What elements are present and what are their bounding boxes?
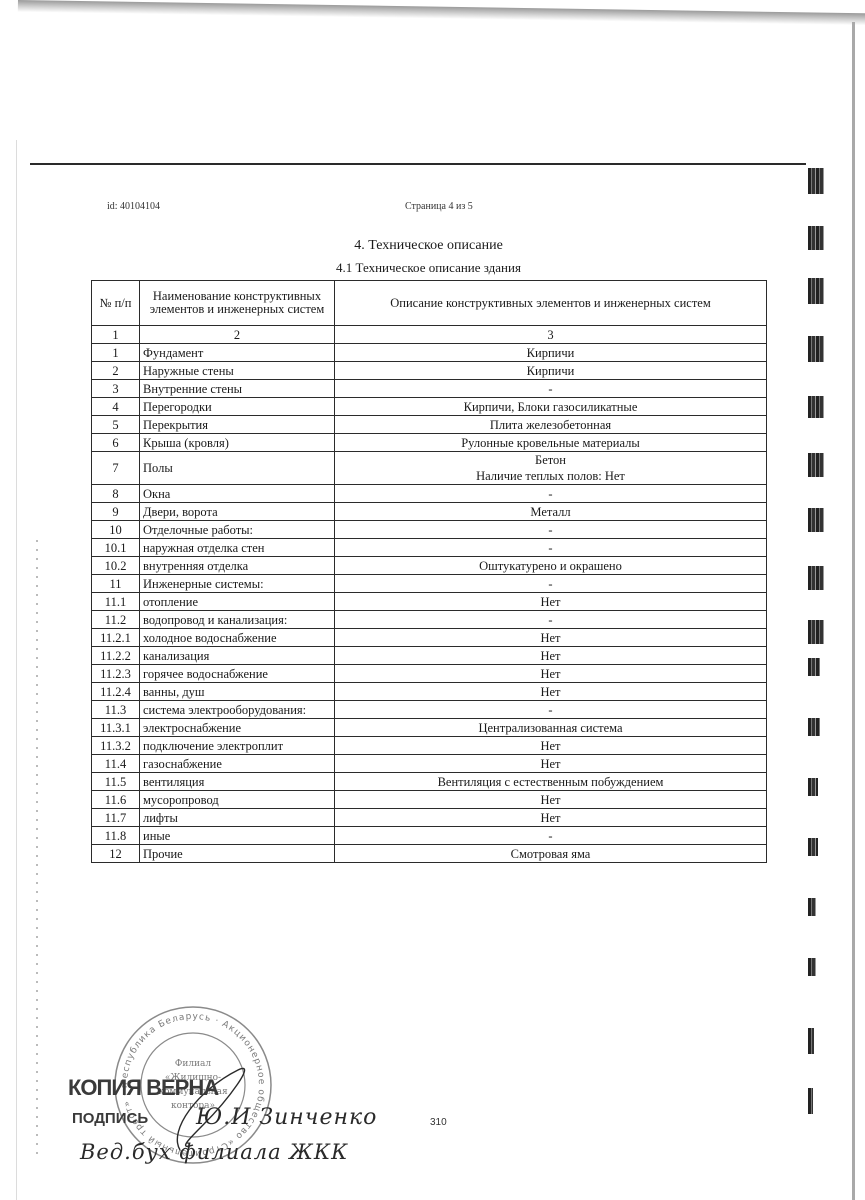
- row-name: Внутренние стены: [140, 380, 335, 398]
- row-number: 11.3.2: [92, 737, 140, 755]
- binding-mark: [808, 336, 824, 362]
- document-id: id: 40104104: [107, 201, 160, 212]
- row-number: 11.2.2: [92, 647, 140, 665]
- table-row: 9Двери, воротаМеталл: [92, 503, 767, 521]
- table-row: 11.2.1холодное водоснабжениеНет: [92, 629, 767, 647]
- row-description: Смотровая яма: [335, 845, 767, 863]
- column-number-row: 1 2 3: [92, 326, 767, 344]
- section-title: 4. Техническое описание: [0, 238, 865, 254]
- table-row: 11.3.2подключение электроплитНет: [92, 737, 767, 755]
- table-row: 8Окна-: [92, 485, 767, 503]
- row-name: водопровод и канализация:: [140, 611, 335, 629]
- table-row: 11.3система электрооборудования:-: [92, 701, 767, 719]
- row-number: 11.2.3: [92, 665, 140, 683]
- row-name: Полы: [140, 452, 335, 485]
- table-row: 10.1наружная отделка стен-: [92, 539, 767, 557]
- row-name: Перегородки: [140, 398, 335, 416]
- row-name: холодное водоснабжение: [140, 629, 335, 647]
- row-description: -: [335, 827, 767, 845]
- row-name: электроснабжение: [140, 719, 335, 737]
- row-description: -: [335, 485, 767, 503]
- row-description: Нет: [335, 647, 767, 665]
- row-number: 10: [92, 521, 140, 539]
- table-header-row: № п/п Наименование конструктивных элемен…: [92, 281, 767, 326]
- scan-right-edge: [852, 22, 855, 1200]
- row-name: Двери, ворота: [140, 503, 335, 521]
- scan-top-shadow: [18, 0, 865, 25]
- row-description: -: [335, 521, 767, 539]
- binding-mark: [808, 620, 824, 644]
- row-name: горячее водоснабжение: [140, 665, 335, 683]
- table-row: 11.7лифтыНет: [92, 809, 767, 827]
- binding-mark: [808, 958, 816, 976]
- row-number: 11.2.4: [92, 683, 140, 701]
- column-header-number: № п/п: [92, 281, 140, 326]
- table-row: 5ПерекрытияПлита железобетонная: [92, 416, 767, 434]
- row-description: Нет: [335, 629, 767, 647]
- row-name: Крыша (кровля): [140, 434, 335, 452]
- row-description: Кирпичи, Блоки газосиликатные: [335, 398, 767, 416]
- row-description: Нет: [335, 737, 767, 755]
- scan-left-edge: [16, 140, 17, 1200]
- row-description: БетонНаличие теплых полов: Нет: [335, 452, 767, 485]
- row-description: Централизованная система: [335, 719, 767, 737]
- row-number: 6: [92, 434, 140, 452]
- table-row: 11Инженерные системы:-: [92, 575, 767, 593]
- table-row: 2Наружные стеныКирпичи: [92, 362, 767, 380]
- row-description: -: [335, 575, 767, 593]
- binding-mark: [808, 658, 820, 676]
- table-row: 11.2.2канализацияНет: [92, 647, 767, 665]
- column-number: 1: [92, 326, 140, 344]
- row-name: система электрооборудования:: [140, 701, 335, 719]
- signature-label: ПОДПИСЬ: [72, 1110, 148, 1127]
- binding-mark: [808, 508, 824, 532]
- row-description: Рулонные кровельные материалы: [335, 434, 767, 452]
- row-description: Металл: [335, 503, 767, 521]
- binding-mark: [808, 898, 816, 916]
- row-description: Нет: [335, 665, 767, 683]
- table-row: 11.6мусоропроводНет: [92, 791, 767, 809]
- table-row: 11.8иные-: [92, 827, 767, 845]
- row-name: ванны, душ: [140, 683, 335, 701]
- row-name: лифты: [140, 809, 335, 827]
- handwritten-signer-position: Вед.бух филиала ЖКК: [80, 1140, 348, 1164]
- row-number: 7: [92, 452, 140, 485]
- row-description: -: [335, 539, 767, 557]
- row-name: отопление: [140, 593, 335, 611]
- row-name: Инженерные системы:: [140, 575, 335, 593]
- binding-mark: [808, 838, 818, 856]
- row-description: Кирпичи: [335, 362, 767, 380]
- section-subtitle-text: 4.1 Техническое описание здания: [336, 260, 521, 275]
- row-description: -: [335, 611, 767, 629]
- table-row: 11.1отоплениеНет: [92, 593, 767, 611]
- row-description: Вентиляция с естественным побуждением: [335, 773, 767, 791]
- row-number: 3: [92, 380, 140, 398]
- section-title-text: 4. Техническое описание: [354, 238, 503, 253]
- row-number: 9: [92, 503, 140, 521]
- table-row: 6Крыша (кровля)Рулонные кровельные матер…: [92, 434, 767, 452]
- technical-description-table: № п/п Наименование конструктивных элемен…: [91, 280, 767, 863]
- row-name: Окна: [140, 485, 335, 503]
- row-description: Нет: [335, 683, 767, 701]
- row-number: 8: [92, 485, 140, 503]
- binding-mark: [808, 396, 824, 418]
- row-description: Нет: [335, 791, 767, 809]
- binding-mark: [808, 1028, 814, 1054]
- row-description: Нет: [335, 755, 767, 773]
- table-row: 11.2.3горячее водоснабжениеНет: [92, 665, 767, 683]
- row-number: 1: [92, 344, 140, 362]
- top-rule-line: [30, 163, 806, 165]
- row-number: 11.2: [92, 611, 140, 629]
- row-description: Нет: [335, 593, 767, 611]
- row-number: 12: [92, 845, 140, 863]
- row-number: 2: [92, 362, 140, 380]
- certified-copy-label: КОПИЯ ВЕРНА: [68, 1075, 218, 1101]
- row-description-line: Наличие теплых полов: Нет: [338, 468, 763, 484]
- row-name: Фундамент: [140, 344, 335, 362]
- row-number: 11.1: [92, 593, 140, 611]
- row-number: 4: [92, 398, 140, 416]
- scan-noise-dots: [36, 540, 38, 1160]
- binding-mark: [808, 718, 820, 736]
- row-number: 11.3.1: [92, 719, 140, 737]
- row-number: 11.6: [92, 791, 140, 809]
- row-name: Перекрытия: [140, 416, 335, 434]
- table-row: 11.2.4ванны, душНет: [92, 683, 767, 701]
- row-name: внутренняя отделка: [140, 557, 335, 575]
- row-description: -: [335, 380, 767, 398]
- row-name: иные: [140, 827, 335, 845]
- row-name: Отделочные работы:: [140, 521, 335, 539]
- table-row: 4ПерегородкиКирпичи, Блоки газосиликатны…: [92, 398, 767, 416]
- row-number: 11.8: [92, 827, 140, 845]
- row-number: 5: [92, 416, 140, 434]
- column-header-name: Наименование конструктивных элементов и …: [140, 281, 335, 326]
- handwritten-signer-name: Ю.И Зинченко: [196, 1105, 377, 1130]
- row-name: газоснабжение: [140, 755, 335, 773]
- row-number: 11: [92, 575, 140, 593]
- column-number: 2: [140, 326, 335, 344]
- binding-mark: [808, 168, 824, 194]
- page-indicator: Страница 4 из 5: [405, 201, 473, 212]
- table-row: 1ФундаментКирпичи: [92, 344, 767, 362]
- section-subtitle: 4.1 Техническое описание здания: [0, 260, 865, 276]
- binding-mark: [808, 278, 824, 304]
- table-row: 10Отделочные работы:-: [92, 521, 767, 539]
- row-number: 11.5: [92, 773, 140, 791]
- row-name: канализация: [140, 647, 335, 665]
- row-description-line: Бетон: [338, 452, 763, 468]
- row-description: Нет: [335, 809, 767, 827]
- row-name: Прочие: [140, 845, 335, 863]
- row-name: Наружные стены: [140, 362, 335, 380]
- row-number: 11.3: [92, 701, 140, 719]
- table-row: 11.3.1электроснабжениеЦентрализованная с…: [92, 719, 767, 737]
- row-number: 11.7: [92, 809, 140, 827]
- row-number: 11.2.1: [92, 629, 140, 647]
- row-name: вентиляция: [140, 773, 335, 791]
- row-description: Оштукатурено и окрашено: [335, 557, 767, 575]
- row-number: 10.2: [92, 557, 140, 575]
- row-description: Кирпичи: [335, 344, 767, 362]
- binding-mark: [808, 1088, 813, 1114]
- column-header-description: Описание конструктивных элементов и инже…: [335, 281, 767, 326]
- row-description: Плита железобетонная: [335, 416, 767, 434]
- table-row: 11.4газоснабжениеНет: [92, 755, 767, 773]
- table-row: 11.5вентиляцияВентиляция с естественным …: [92, 773, 767, 791]
- binding-mark: [808, 566, 824, 590]
- table-row: 3Внутренние стены-: [92, 380, 767, 398]
- row-number: 10.1: [92, 539, 140, 557]
- row-number: 11.4: [92, 755, 140, 773]
- table-row: 10.2внутренняя отделкаОштукатурено и окр…: [92, 557, 767, 575]
- page-number: 310: [430, 1117, 447, 1128]
- svg-text:Филиал: Филиал: [175, 1059, 212, 1069]
- row-name: мусоропровод: [140, 791, 335, 809]
- column-number: 3: [335, 326, 767, 344]
- binding-mark: [808, 778, 818, 796]
- table-row: 7ПолыБетонНаличие теплых полов: Нет: [92, 452, 767, 485]
- binding-mark: [808, 453, 824, 477]
- row-name: наружная отделка стен: [140, 539, 335, 557]
- table-row: 12ПрочиеСмотровая яма: [92, 845, 767, 863]
- table-row: 11.2водопровод и канализация:-: [92, 611, 767, 629]
- row-description: -: [335, 701, 767, 719]
- row-name: подключение электроплит: [140, 737, 335, 755]
